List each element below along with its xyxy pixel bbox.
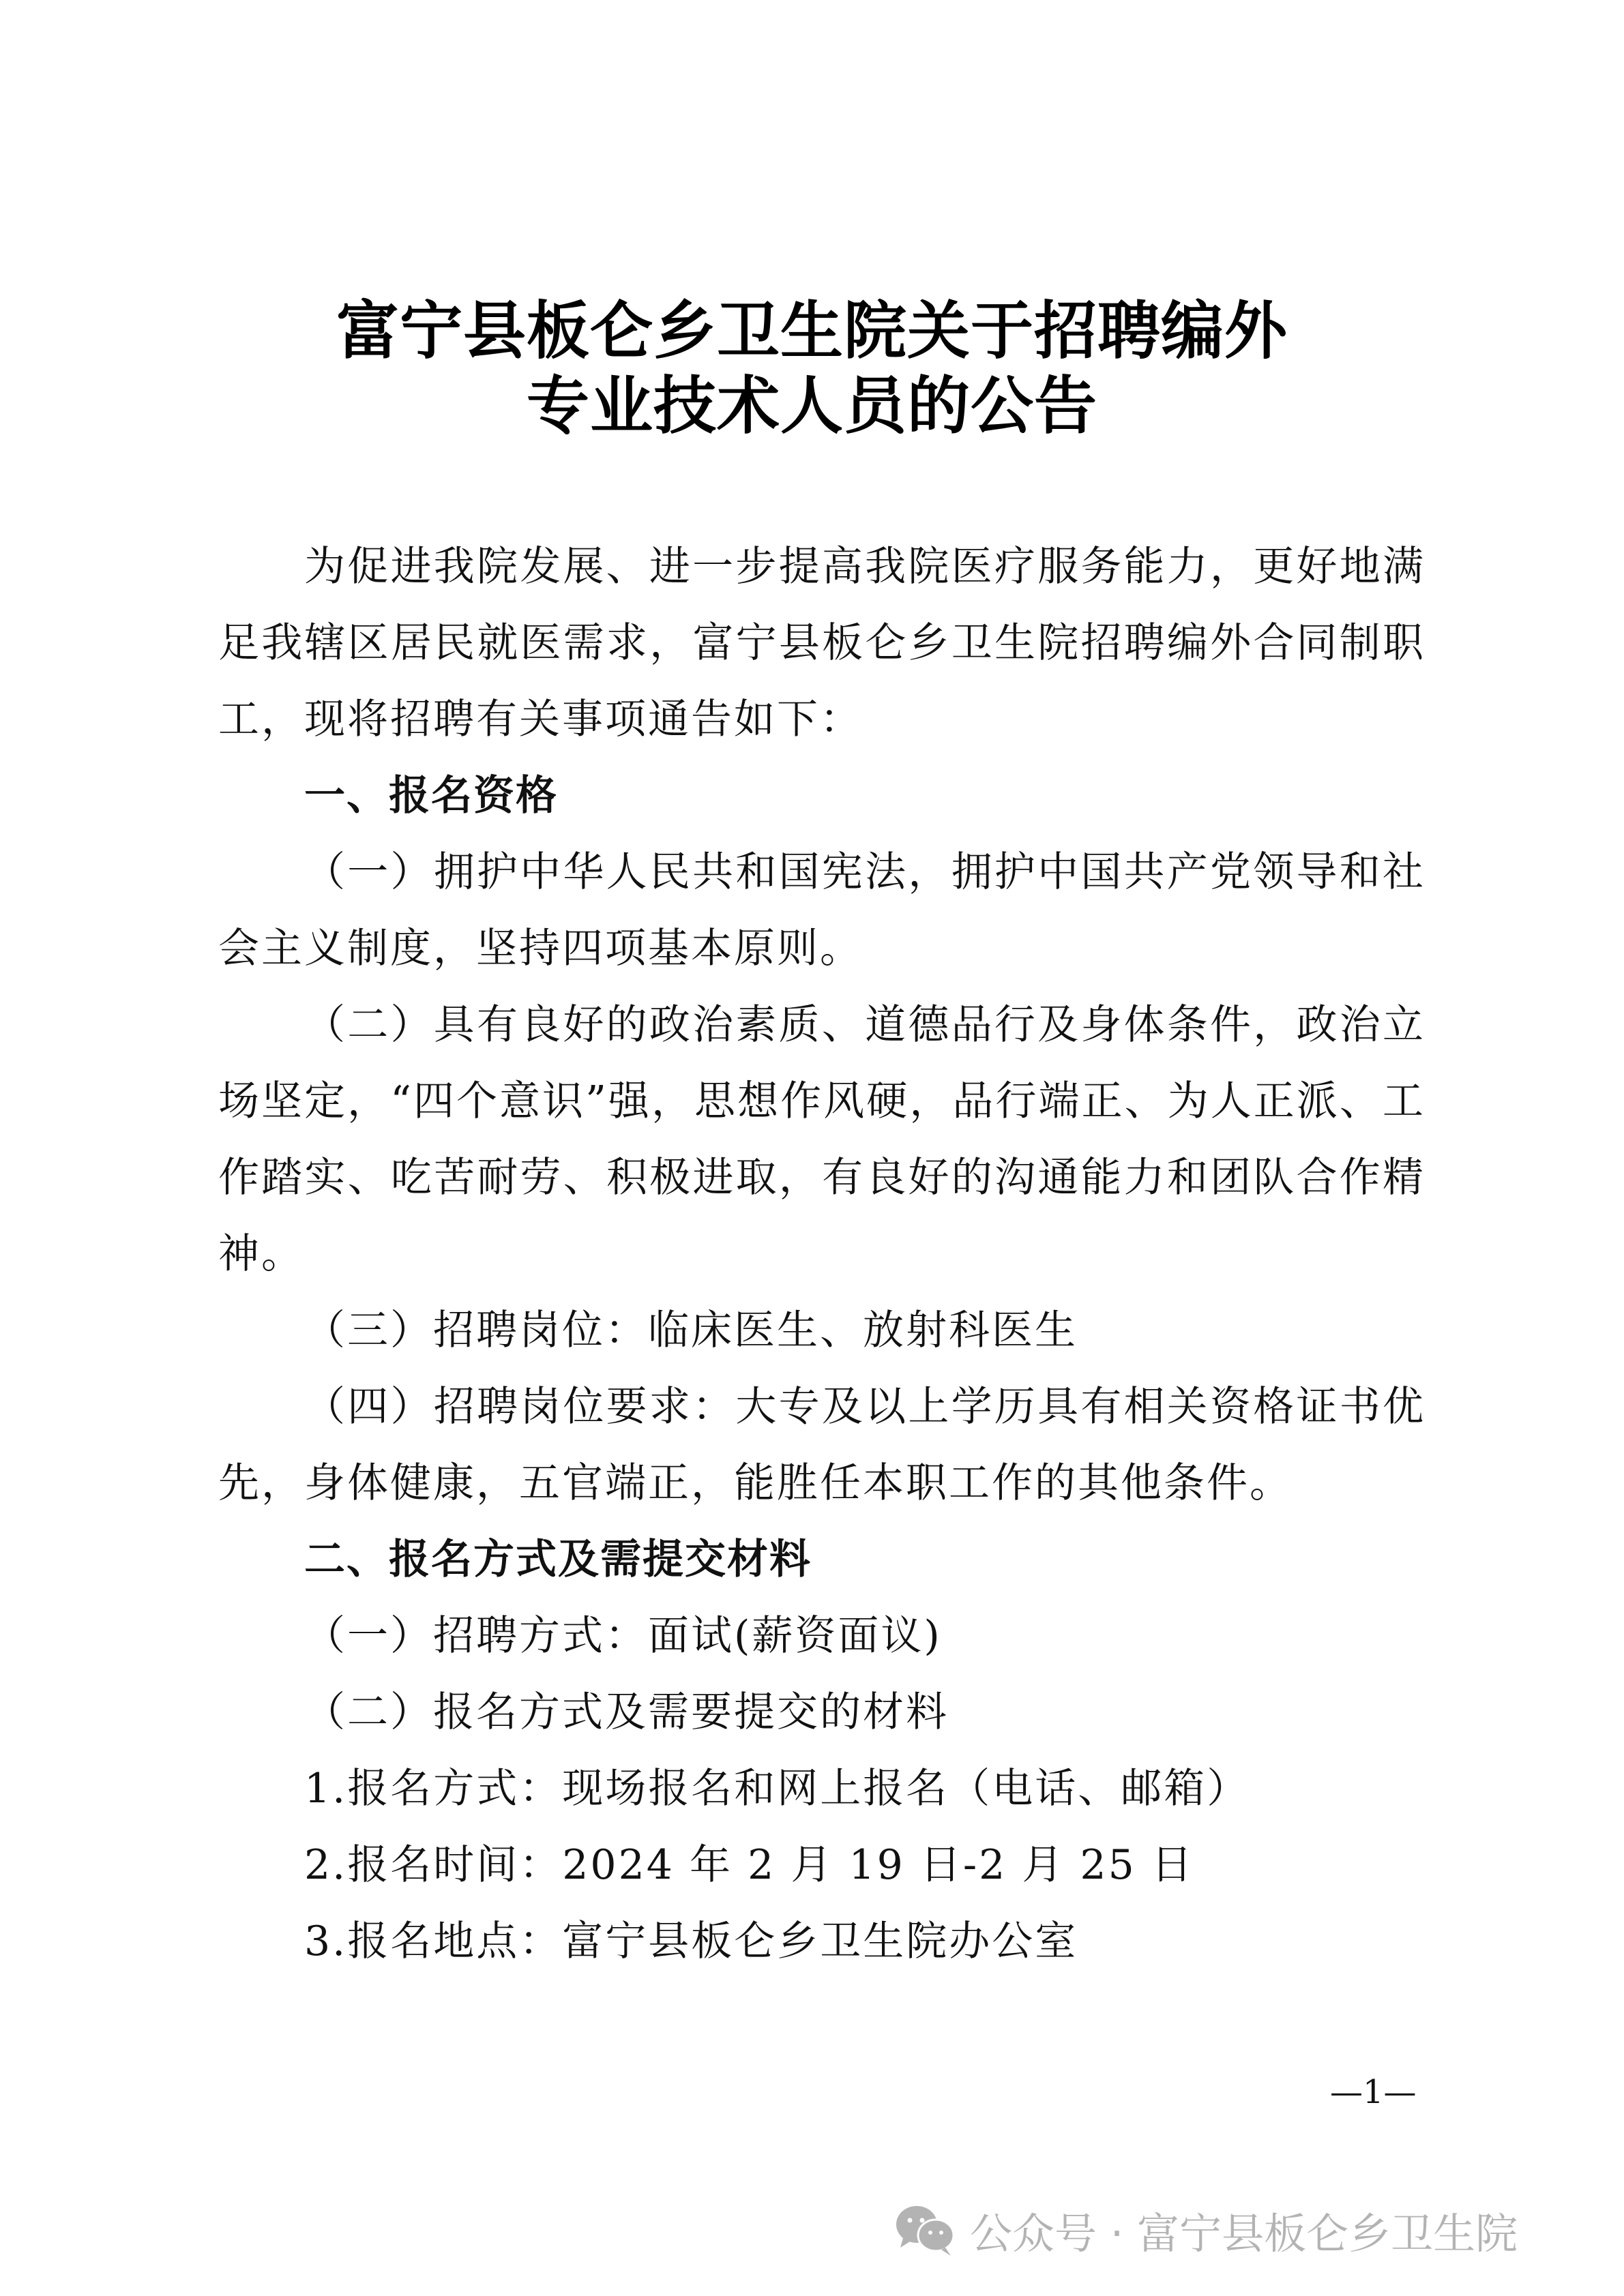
section-2-item-5: 3.报名地点：富宁县板仑乡卫生院办公室: [218, 1903, 1426, 1980]
page-number: —1—: [1330, 2073, 1417, 2111]
document-page: 富宁县板仑乡卫生院关于招聘编外 专业技术人员的公告 为促进我院发展、进一步提高我…: [0, 0, 1624, 2296]
section-2-heading: 二、报名方式及需提交材料: [218, 1521, 1426, 1598]
section-1-item-3: （三）招聘岗位：临床医生、放射科医生: [218, 1292, 1426, 1369]
document-title-line-2: 专业技术人员的公告: [0, 361, 1624, 450]
section-1-item-4: （四）招聘岗位要求：大专及以上学历具有相关资格证书优先，身体健康，五官端正，能胜…: [218, 1369, 1426, 1521]
section-1-item-2: （二）具有良好的政治素质、道德品行及身体条件，政治立场坚定，“四个意识”强，思想…: [218, 987, 1426, 1292]
watermark: 公众号 · 富宁县板仑乡卫生院: [894, 2199, 1518, 2261]
section-1-item-1: （一）拥护中华人民共和国宪法，拥护中国共产党领导和社会主义制度，坚持四项基本原则…: [218, 834, 1426, 987]
intro-paragraph: 为促进我院发展、进一步提高我院医疗服务能力，更好地满足我辖区居民就医需求，富宁县…: [218, 528, 1426, 758]
wechat-icon: [894, 2203, 959, 2257]
watermark-text: 公众号 · 富宁县板仑乡卫生院: [970, 2200, 1518, 2261]
document-body: 为促进我院发展、进一步提高我院医疗服务能力，更好地满足我辖区居民就医需求，富宁县…: [218, 528, 1426, 1980]
section-1-heading: 一、报名资格: [218, 758, 1426, 834]
section-2-item-4: 2.报名时间：2024 年 2 月 19 日-2 月 25 日: [218, 1827, 1426, 1903]
section-2-item-3: 1.报名方式：现场报名和网上报名（电话、邮箱）: [218, 1750, 1426, 1827]
section-2-item-2: （二）报名方式及需要提交的材料: [218, 1674, 1426, 1750]
section-2-item-1: （一）招聘方式：面试(薪资面议): [218, 1598, 1426, 1674]
